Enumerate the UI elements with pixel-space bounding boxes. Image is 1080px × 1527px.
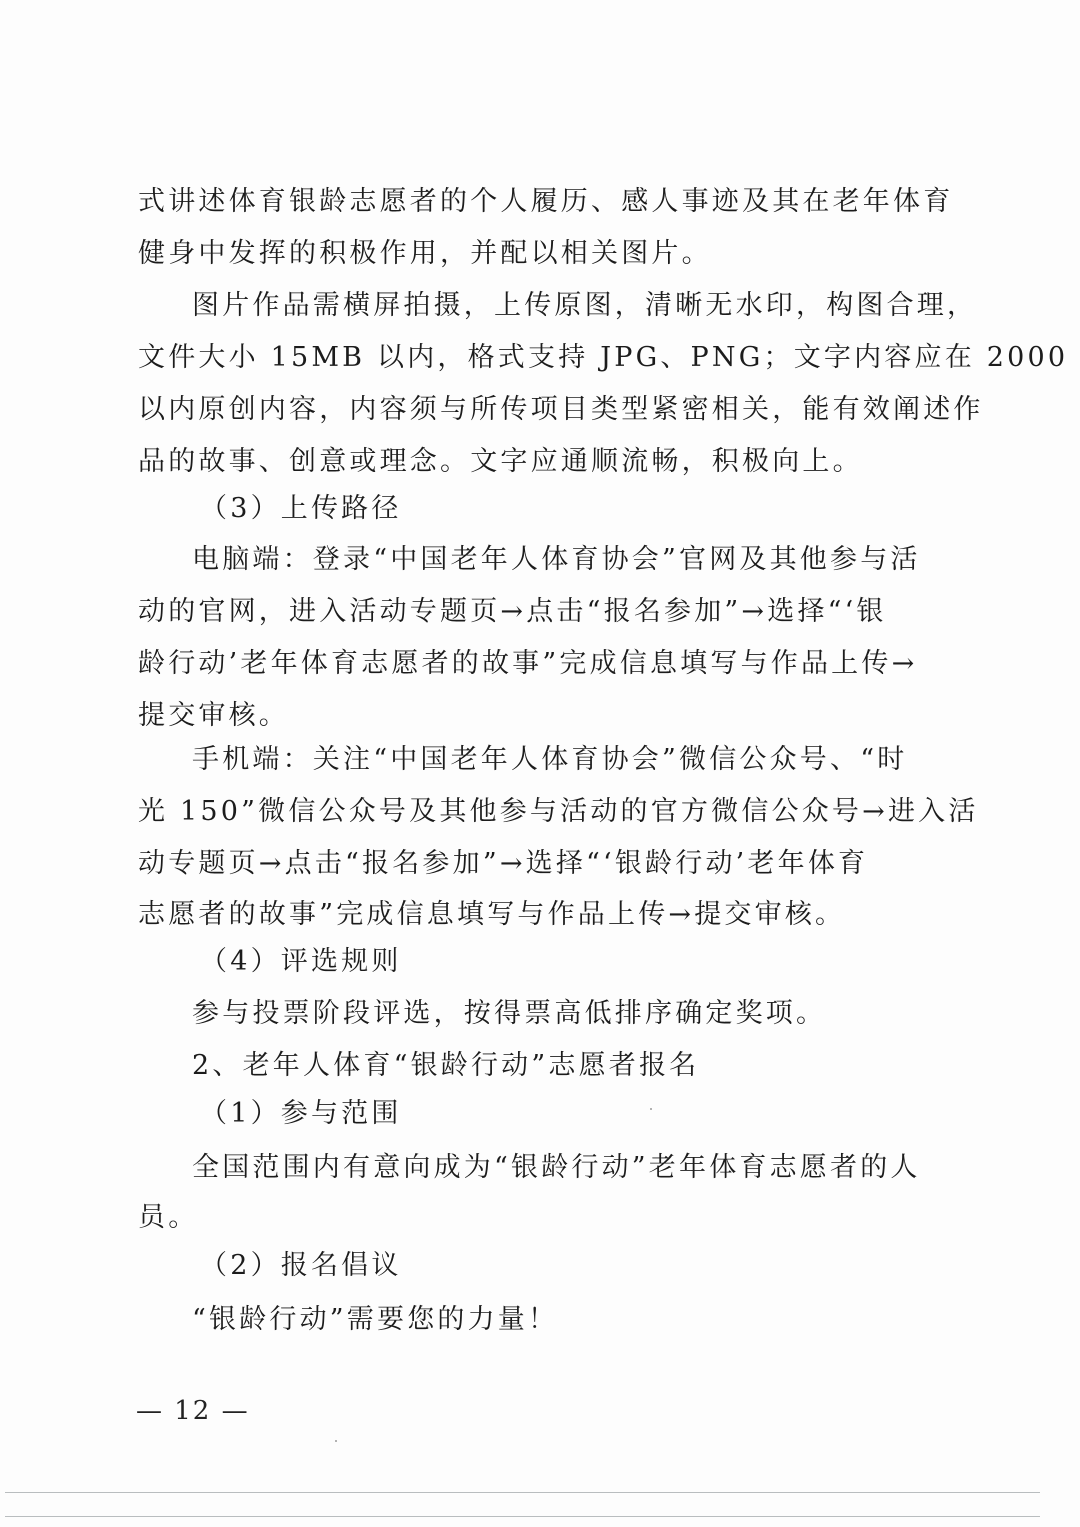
scan-speck [650, 1108, 652, 1110]
body-text-line: 提交审核。 [138, 698, 289, 734]
paragraph-mobile-upload: 手机端：关注“中国老年人体育协会”微信公众号、“时 [192, 742, 907, 778]
body-text-line: 文件大小 15MB 以内，格式支持 JPG、PNG；文字内容应在 2000 字 [138, 340, 1080, 376]
scan-speck [335, 1440, 337, 1442]
document-page: 式讲述体育银龄志愿者的个人履历、感人事迹及其在老年体育 健身中发挥的积极作用，并… [0, 0, 1080, 1527]
page-divider-line [5, 1516, 1040, 1517]
section-heading-upload-path: （3）上传路径 [200, 491, 402, 527]
body-text-line: 志愿者的故事”完成信息填写与作品上传→提交审核。 [138, 897, 845, 933]
body-text-line: 健身中发挥的积极作用，并配以相关图片。 [138, 236, 712, 272]
page-divider-line [5, 1492, 1040, 1493]
paragraph-signup-initiative: “银龄行动”需要您的力量！ [192, 1302, 558, 1338]
body-text-line: 动专题页→点击“报名参加”→选择“‘银龄行动’老年体育 [138, 846, 868, 882]
section-heading-volunteer-signup: 2、老年人体育“银龄行动”志愿者报名 [192, 1048, 699, 1084]
body-text-line: 龄行动’老年体育志愿者的故事”完成信息填写与作品上传→ [138, 646, 917, 682]
body-text-line: 式讲述体育银龄志愿者的个人履历、感人事迹及其在老年体育 [138, 184, 953, 220]
paragraph-image-requirements: 图片作品需横屏拍摄，上传原图，清晰无水印，构图合理， [192, 288, 977, 324]
paragraph-desktop-upload: 电脑端：登录“中国老年人体育协会”官网及其他参与活 [192, 542, 921, 578]
paragraph-scope: 全国范围内有意向成为“银龄行动”老年体育志愿者的人 [192, 1150, 921, 1186]
section-heading-scope: （1）参与范围 [200, 1096, 402, 1132]
body-text-line: 员。 [138, 1200, 198, 1236]
page-number: — 12 — [136, 1396, 250, 1426]
body-text-line: 品的故事、创意或理念。文字应通顺流畅，积极向上。 [138, 444, 863, 480]
section-heading-selection-rules: （4）评选规则 [200, 944, 402, 980]
body-text-line: 动的官网，进入活动专题页→点击“报名参加”→选择“‘银 [138, 594, 887, 630]
paragraph-selection-rules: 参与投票阶段评选，按得票高低排序确定奖项。 [192, 996, 826, 1032]
body-text-line: 光 150”微信公众号及其他参与活动的官方微信公众号→进入活 [138, 794, 979, 830]
body-text-line: 以内原创内容，内容须与所传项目类型紧密相关，能有效阐述作 [138, 392, 984, 428]
section-heading-signup-initiative: （2）报名倡议 [200, 1248, 402, 1284]
